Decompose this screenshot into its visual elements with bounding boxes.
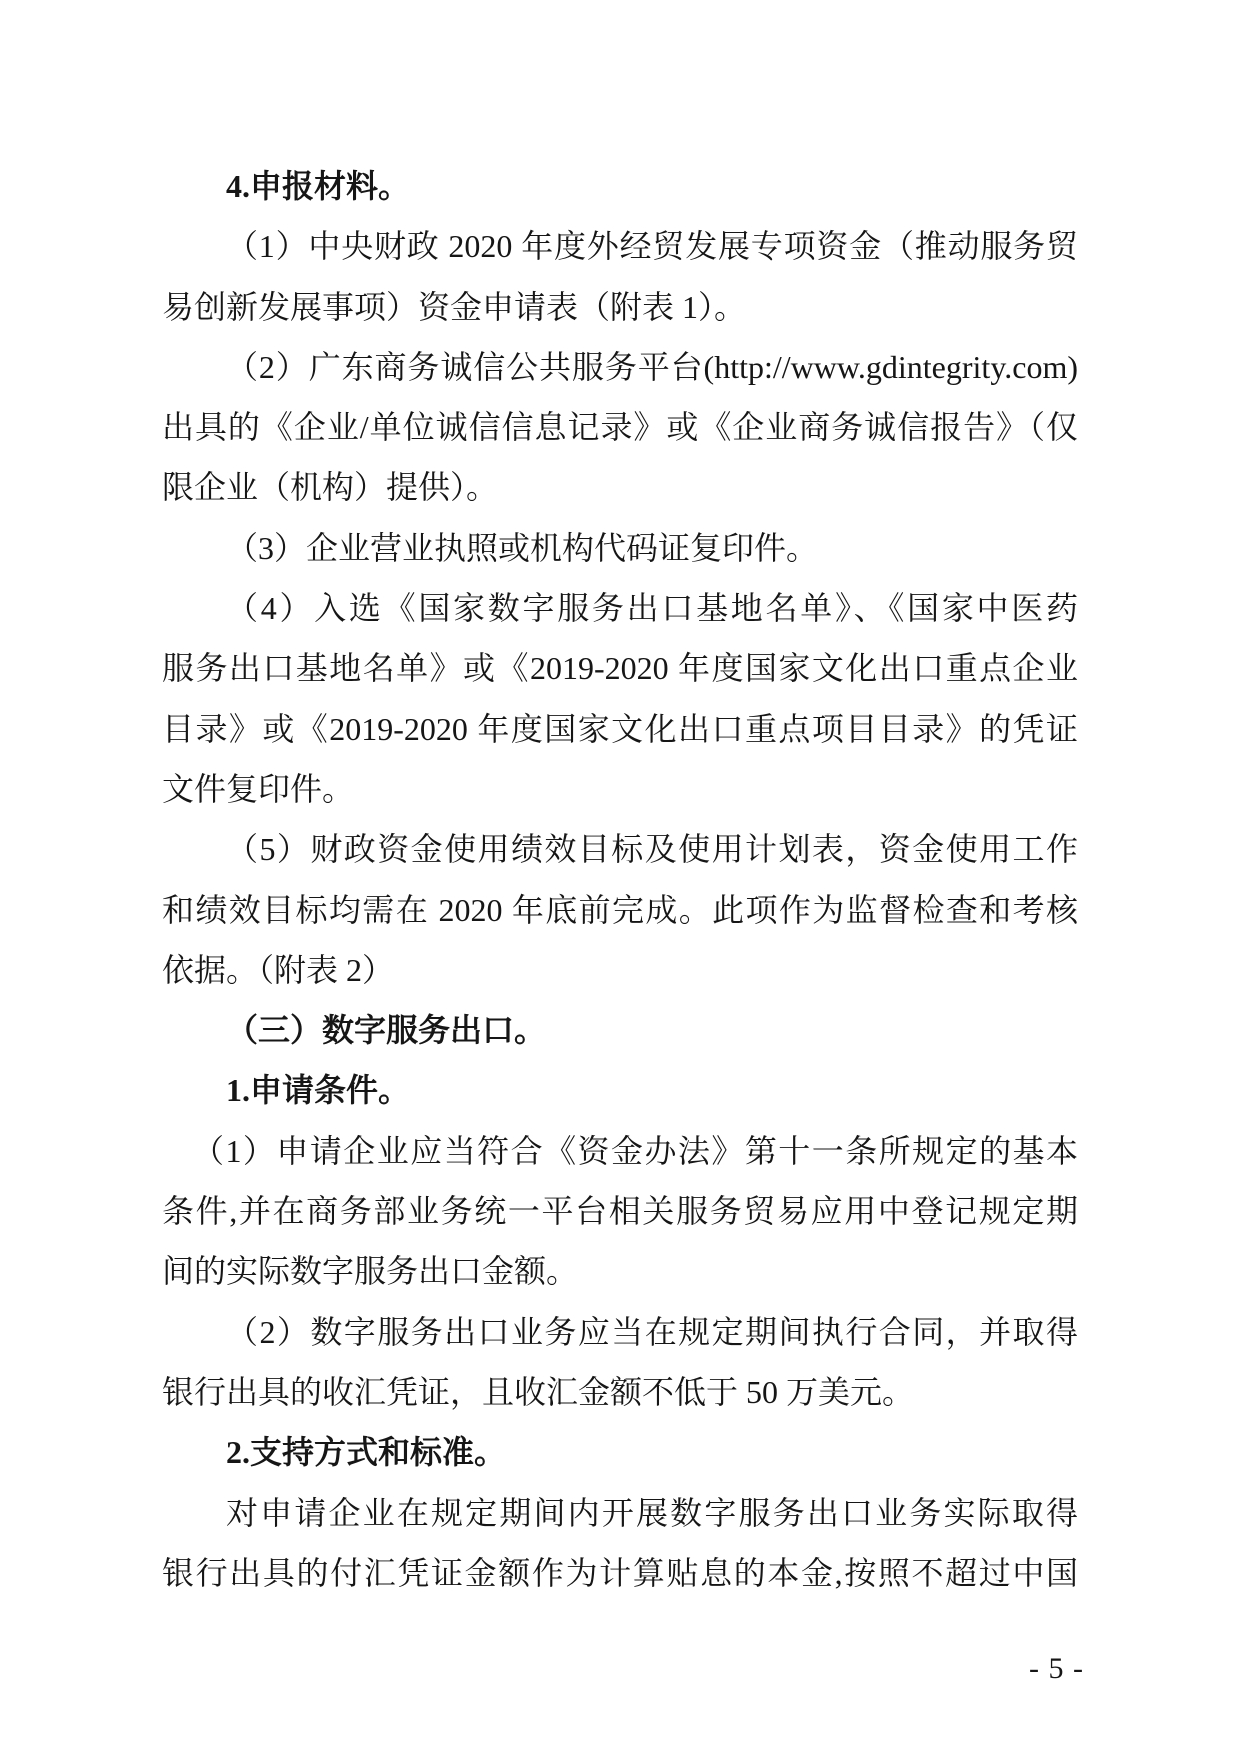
text-line: 银行出具的收汇凭证，且收汇金额不低于 50 万美元。: [162, 1362, 1078, 1422]
text-line: 目录》或《2019-2020 年度国家文化出口重点项目目录》的凭证: [162, 699, 1078, 759]
text-line: 易创新发展事项）资金申请表（附表 1）。: [162, 277, 1078, 337]
heading-line: 1.申请条件。: [162, 1060, 1078, 1120]
text-line: （4）入选《国家数字服务出口基地名单》、《国家中医药: [162, 578, 1078, 638]
text-line: 条件,并在商务部业务统一平台相关服务贸易应用中登记规定期: [162, 1181, 1078, 1241]
text-line: （1）中央财政 2020 年度外经贸发展专项资金（推动服务贸: [162, 216, 1078, 276]
heading-line: 4.申报材料。: [162, 156, 1078, 216]
heading-line: （三）数字服务出口。: [162, 1000, 1078, 1060]
text-line: （2）数字服务出口业务应当在规定期间执行合同，并取得: [162, 1302, 1078, 1362]
text-line: 对申请企业在规定期间内开展数字服务出口业务实际取得: [162, 1483, 1078, 1543]
text-line: （5）财政资金使用绩效目标及使用计划表，资金使用工作: [162, 819, 1078, 879]
document-page: 4.申报材料。（1）中央财政 2020 年度外经贸发展专项资金（推动服务贸易创新…: [0, 0, 1240, 1754]
text-line: （2）广东商务诚信公共服务平台(http://www.gdintegrity.c…: [162, 337, 1078, 397]
heading-line: 2.支持方式和标准。: [162, 1422, 1078, 1482]
text-line: 银行出具的付汇凭证金额作为计算贴息的本金,按照不超过中国: [162, 1543, 1078, 1603]
document-body: 4.申报材料。（1）中央财政 2020 年度外经贸发展专项资金（推动服务贸易创新…: [162, 156, 1078, 1603]
text-line: （3）企业营业执照或机构代码证复印件。: [162, 518, 1078, 578]
text-line: 和绩效目标均需在 2020 年底前完成。此项作为监督检查和考核: [162, 880, 1078, 940]
text-line: 限企业（机构）提供）。: [162, 457, 1078, 517]
text-line: 依据。（附表 2）: [162, 940, 1078, 1000]
page-number: - 5 -: [1029, 1650, 1084, 1688]
text-line: 间的实际数字服务出口金额。: [162, 1241, 1078, 1301]
text-line: （1）申请企业应当符合《资金办法》第十一条所规定的基本: [162, 1121, 1078, 1181]
text-line: 服务出口基地名单》或《2019-2020 年度国家文化出口重点企业: [162, 638, 1078, 698]
text-line: 出具的《企业/单位诚信信息记录》或《企业商务诚信报告》（仅: [162, 397, 1078, 457]
text-line: 文件复印件。: [162, 759, 1078, 819]
